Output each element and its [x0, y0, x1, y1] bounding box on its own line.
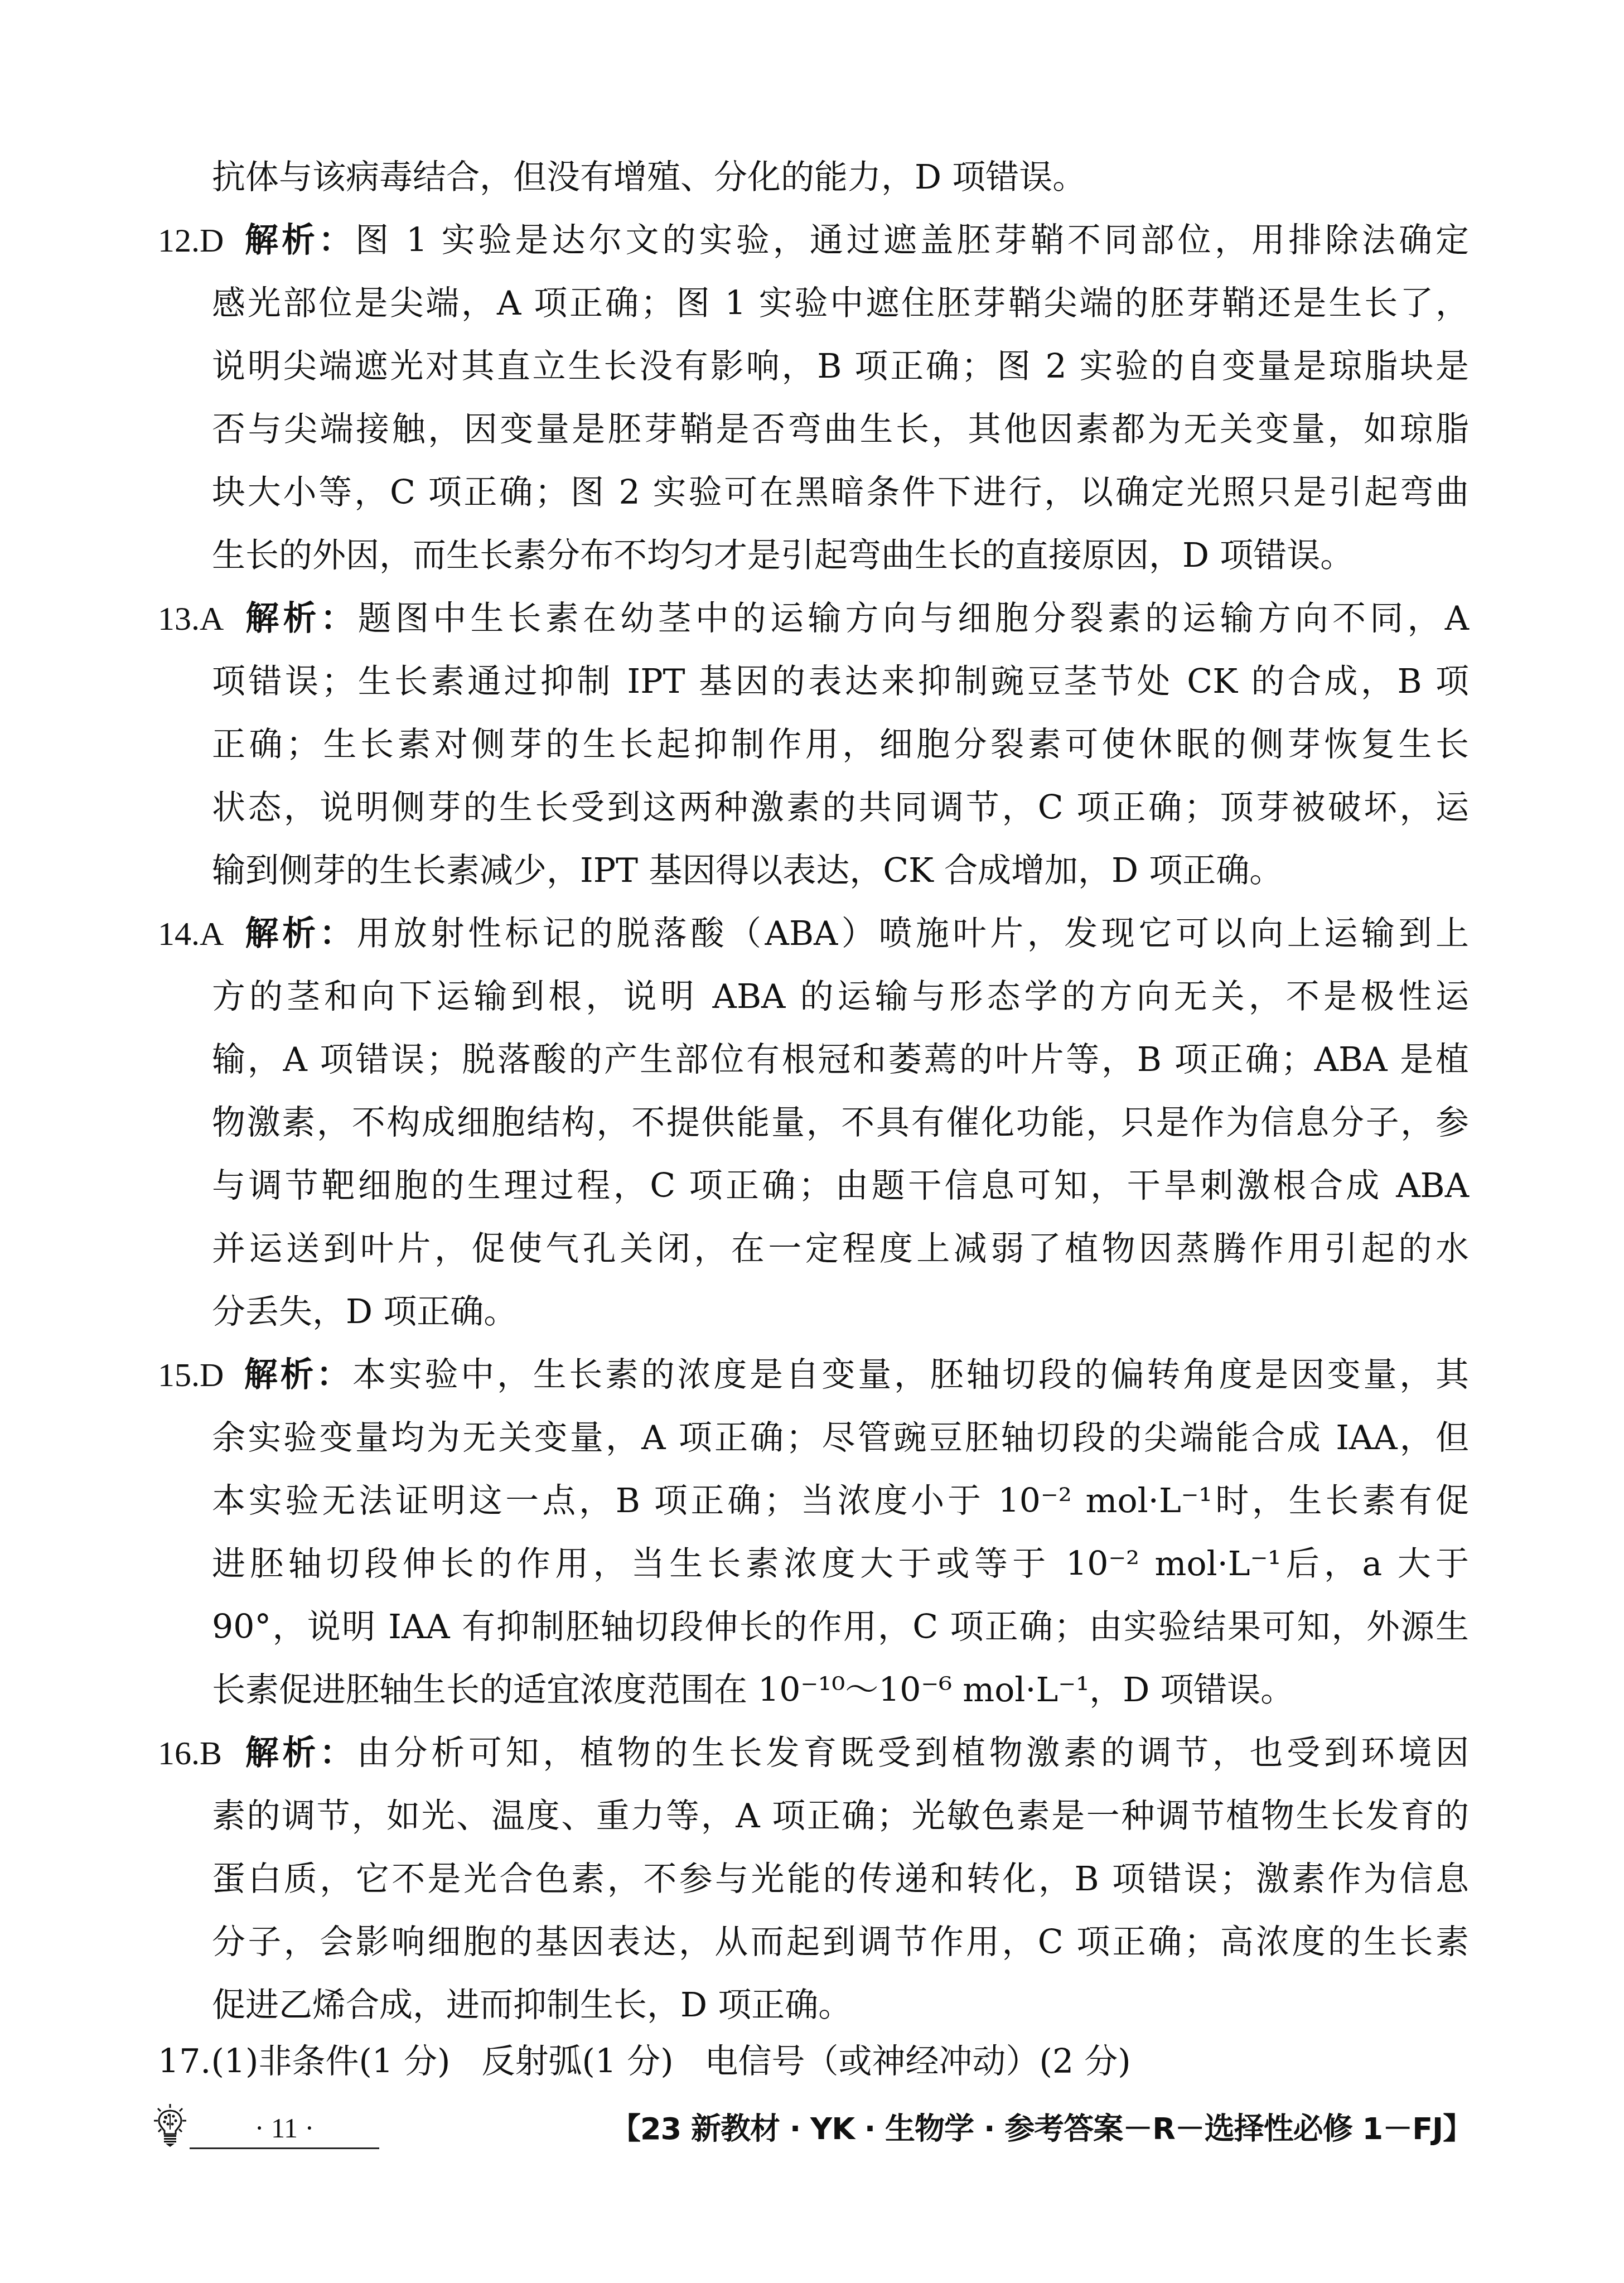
- item-13-line: 输到侧芽的生长素减少，IPT 基因得以表达，CK 合成增加，D 项正确。: [212, 839, 1469, 902]
- item-14-line: 输，A 项错误；脱落酸的产生部位有根冠和萎蔫的叶片等，B 项正确；ABA 是植: [212, 1029, 1469, 1092]
- item-12-line: 说明尖端遮光对其直立生长没有影响，B 项正确；图 2 实验的自变量是琼脂块是: [212, 335, 1469, 398]
- item-17: 17.(1)非条件(1 分)反射弧(1 分)电信号（或神经冲动）(2 分): [158, 2030, 1162, 2093]
- document-code-label: 【23 新教材 · YK · 生物学 · 参考答案－R－选择性必修 1－FJ】: [611, 2110, 1472, 2149]
- item-12-line: 否与尖端接触，因变量是胚芽鞘是否弯曲生长，其他因素都为无关变量，如琼脂: [212, 398, 1469, 461]
- item-number: 17.: [158, 2042, 211, 2081]
- item-14-line: 分丢失，D 项正确。: [212, 1281, 1469, 1344]
- item-number: 13.A: [158, 587, 241, 650]
- item-text: 题图中生长素在幼茎中的运输方向与细胞分裂素的运输方向不同，A: [358, 599, 1469, 638]
- item-14-line: 并运送到叶片，促使气孔关闭，在一定程度上减弱了植物因蒸腾作用引起的水: [212, 1218, 1469, 1281]
- item-text: 用放射性标记的脱落酸（ABA）喷施叶片，发现它可以向上运输到上: [356, 914, 1469, 953]
- item-17-part: (1)非条件(1 分): [211, 2042, 450, 2081]
- page-footer: · 11 · 【23 新教材 · YK · 生物学 · 参考答案－R－选择性必修…: [0, 2103, 1624, 2164]
- item-16-line: 促进乙烯合成，进而抑制生长，D 项正确。: [212, 1974, 1469, 2037]
- item-12-line: 块大小等，C 项正确；图 2 实验可在黑暗条件下进行，以确定光照只是引起弯曲: [212, 461, 1469, 524]
- item-12-header: 12.D解析：图 1 实验是达尔文的实验，通过遮盖胚芽鞘不同部位，用排除法确定: [158, 209, 1469, 272]
- item-14-header: 14.A解析：用放射性标记的脱落酸（ABA）喷施叶片，发现它可以向上运输到上: [158, 902, 1469, 966]
- item-12-line: 感光部位是尖端，A 项正确；图 1 实验中遮住胚芽鞘尖端的胚芽鞘还是生长了，: [212, 272, 1469, 335]
- item-14-line: 与调节靶细胞的生理过程，C 项正确；由题干信息可知，干旱刺激根合成 ABA: [212, 1155, 1469, 1218]
- analysis-label: 解析：: [241, 599, 358, 638]
- item-15-line: 余实验变量均为无关变量，A 项正确；尽管豌豆胚轴切段的尖端能合成 IAA，但: [212, 1407, 1469, 1470]
- item-15-line: 进胚轴切段伸长的作用，当生长素浓度大于或等于 10⁻² mol·L⁻¹后，a 大…: [212, 1533, 1469, 1596]
- item-15-header: 15.D解析：本实验中，生长素的浓度是自变量，胚轴切段的偏转角度是因变量，其: [158, 1344, 1469, 1407]
- analysis-label: 解析：: [241, 1355, 352, 1394]
- answer-key-page: 抗体与该病毒结合，但没有增殖、分化的能力，D 项错误。 12.D解析：图 1 实…: [0, 0, 1624, 2283]
- analysis-label: 解析：: [241, 914, 356, 953]
- item-number: 15.D: [158, 1344, 241, 1407]
- item-17-part: 电信号（或神经冲动）(2 分): [705, 2042, 1131, 2081]
- continuation-line: 抗体与该病毒结合，但没有增殖、分化的能力，D 项错误。: [212, 146, 1469, 209]
- item-16-line: 分子，会影响细胞的基因表达，从而起到调节作用，C 项正确；高浓度的生长素: [212, 1911, 1469, 1974]
- analysis-label: 解析：: [241, 1734, 357, 1773]
- item-13-line: 正确；生长素对侧芽的生长起抑制作用，细胞分裂素可使休眠的侧芽恢复生长: [212, 713, 1469, 776]
- item-16-header: 16.B解析：由分析可知，植物的生长发育既受到植物激素的调节，也受到环境因: [158, 1722, 1469, 1785]
- item-16-line: 素的调节，如光、温度、重力等，A 项正确；光敏色素是一种调节植物生长发育的: [212, 1785, 1469, 1848]
- item-15-line: 90°，说明 IAA 有抑制胚轴切段伸长的作用，C 项正确；由实验结果可知，外源…: [212, 1596, 1469, 1659]
- item-12-line: 生长的外因，而生长素分布不均匀才是引起弯曲生长的直接原因，D 项错误。: [212, 524, 1469, 587]
- item-17-part: 反射弧(1 分): [481, 2042, 673, 2081]
- page-number: · 11 ·: [190, 2108, 379, 2149]
- item-14-line: 物激素，不构成细胞结构，不提供能量，不具有催化功能，只是作为信息分子，参: [212, 1092, 1469, 1155]
- item-13-line: 项错误；生长素通过抑制 IPT 基因的表达来抑制豌豆茎节处 CK 的合成，B 项: [212, 650, 1469, 713]
- item-15-line: 本实验无法证明这一点，B 项正确；当浓度小于 10⁻² mol·L⁻¹时，生长素…: [212, 1470, 1469, 1533]
- item-text: 本实验中，生长素的浓度是自变量，胚轴切段的偏转角度是因变量，其: [352, 1355, 1469, 1394]
- item-number: 16.B: [158, 1722, 241, 1785]
- item-15-line: 长素促进胚轴生长的适宜浓度范围在 10⁻¹⁰～10⁻⁶ mol·L⁻¹，D 项错…: [212, 1659, 1469, 1722]
- item-14-line: 方的茎和向下运输到根，说明 ABA 的运输与形态学的方向无关，不是极性运: [212, 966, 1469, 1029]
- item-13-header: 13.A解析：题图中生长素在幼茎中的运输方向与细胞分裂素的运输方向不同，A: [158, 587, 1469, 650]
- item-16-line: 蛋白质，它不是光合色素，不参与光能的传递和转化，B 项错误；激素作为信息: [212, 1848, 1469, 1911]
- lightbulb-brain-icon: [153, 2103, 187, 2147]
- item-13-line: 状态，说明侧芽的生长受到这两种激素的共同调节，C 项正确；顶芽被破坏，运: [212, 776, 1469, 839]
- analysis-label: 解析：: [241, 221, 355, 260]
- item-text: 由分析可知，植物的生长发育既受到植物激素的调节，也受到环境因: [357, 1734, 1469, 1773]
- item-number: 12.D: [158, 209, 241, 272]
- item-text: 图 1 实验是达尔文的实验，通过遮盖胚芽鞘不同部位，用排除法确定: [355, 221, 1469, 260]
- item-number: 14.A: [158, 902, 241, 966]
